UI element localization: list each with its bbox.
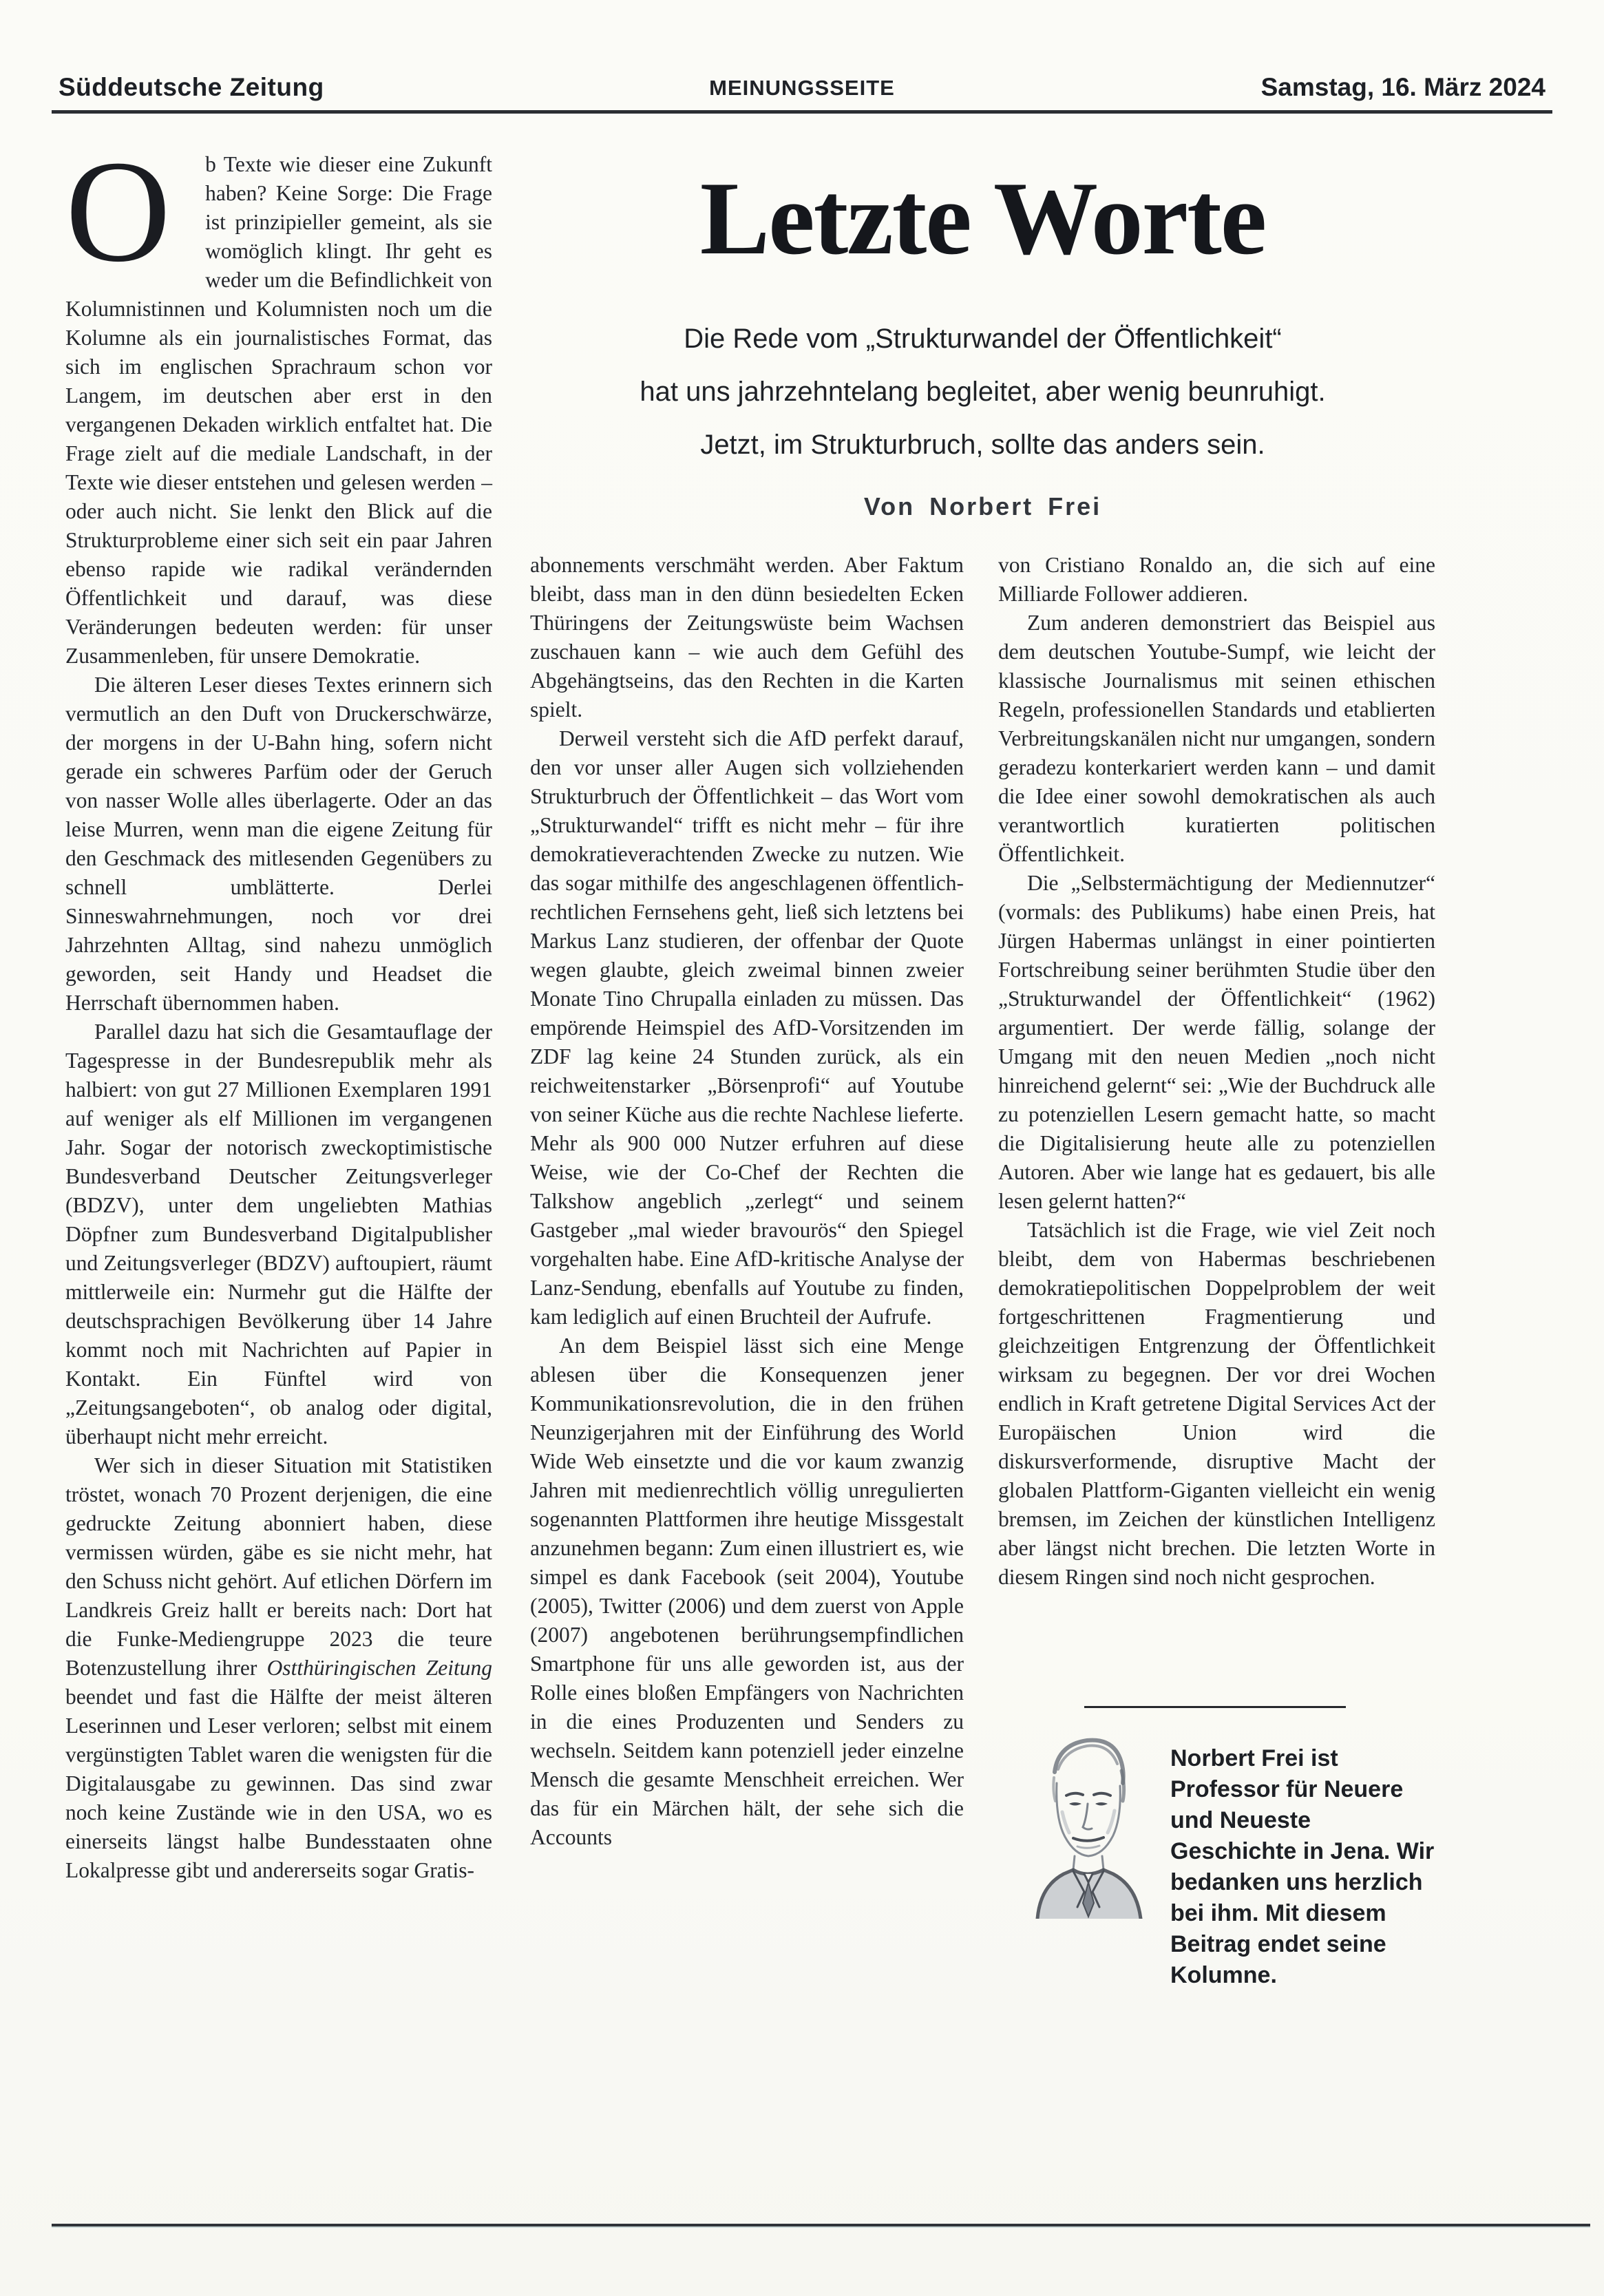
drop-cap: O (65, 150, 205, 271)
author-bio: Norbert Frei ist Professor für Neuere un… (1170, 1743, 1439, 1991)
paragraph: Zum anderen demonstriert das Beispiel au… (998, 609, 1435, 869)
article-column-1: Ob Texte wie dieser eine Zukunft haben? … (65, 150, 492, 1885)
subtitle-line-3: Jetzt, im Strukturbruch, sollte das ande… (530, 419, 1435, 472)
header-rule (52, 110, 1552, 114)
page-date: Samstag, 16. März 2024 (1261, 73, 1545, 102)
paragraph: An dem Beispiel lässt sich eine Menge ab… (530, 1331, 964, 1852)
subtitle-line-1: Die Rede vom „Strukturwandel der Öffentl… (530, 313, 1435, 366)
article-column-3: von Cristiano Ronaldo an, die sich auf e… (998, 551, 1435, 1592)
paragraph: Wer sich in dieser Situation mit Statist… (65, 1451, 492, 1885)
paragraph-text: beendet und fast die Hälfte der meist äl… (65, 1685, 492, 1882)
paragraph-text: Wer sich in dieser Situation mit Statist… (65, 1453, 492, 1680)
paragraph: Derweil versteht sich die AfD perfekt da… (530, 724, 964, 1331)
paragraph: Tatsächlich ist die Frage, wie viel Zeit… (998, 1216, 1435, 1592)
article-title: Letzte Worte (530, 160, 1435, 277)
paragraph: Ob Texte wie dieser eine Zukunft haben? … (65, 150, 492, 671)
paragraph: von Cristiano Ronaldo an, die sich auf e… (998, 551, 1435, 609)
bio-divider (1084, 1706, 1346, 1708)
section-title: MEINUNGSSEITE (709, 76, 895, 101)
author-portrait-icon (1024, 1729, 1146, 1919)
page-header: Süddeutsche Zeitung MEINUNGSSEITE Samsta… (59, 66, 1545, 102)
subtitle-line-2: hat uns jahrzehntelang begleitet, aber w… (530, 366, 1435, 419)
article-column-2: abonnements verschmäht werden. Aber Fakt… (530, 551, 964, 1852)
paragraph: Die älteren Leser dieses Textes erinnern… (65, 671, 492, 1018)
article-byline: Von Norbert Frei (530, 492, 1435, 521)
newspaper-page: Süddeutsche Zeitung MEINUNGSSEITE Samsta… (0, 0, 1604, 2296)
footer-rule (52, 2224, 1590, 2226)
paragraph: abonnements verschmäht werden. Aber Fakt… (530, 551, 964, 724)
masthead-brand: Süddeutsche Zeitung (59, 73, 324, 102)
italic-publication-name: Ostthüringischen Zeitung (267, 1656, 492, 1680)
headline-block: Letzte Worte Die Rede vom „Strukturwande… (530, 160, 1435, 521)
article-subtitle: Die Rede vom „Strukturwandel der Öffentl… (530, 313, 1435, 472)
paragraph: Parallel dazu hat sich die Gesamtauflage… (65, 1018, 492, 1451)
paragraph: Die „Selbstermächtigung der Mediennutzer… (998, 869, 1435, 1216)
